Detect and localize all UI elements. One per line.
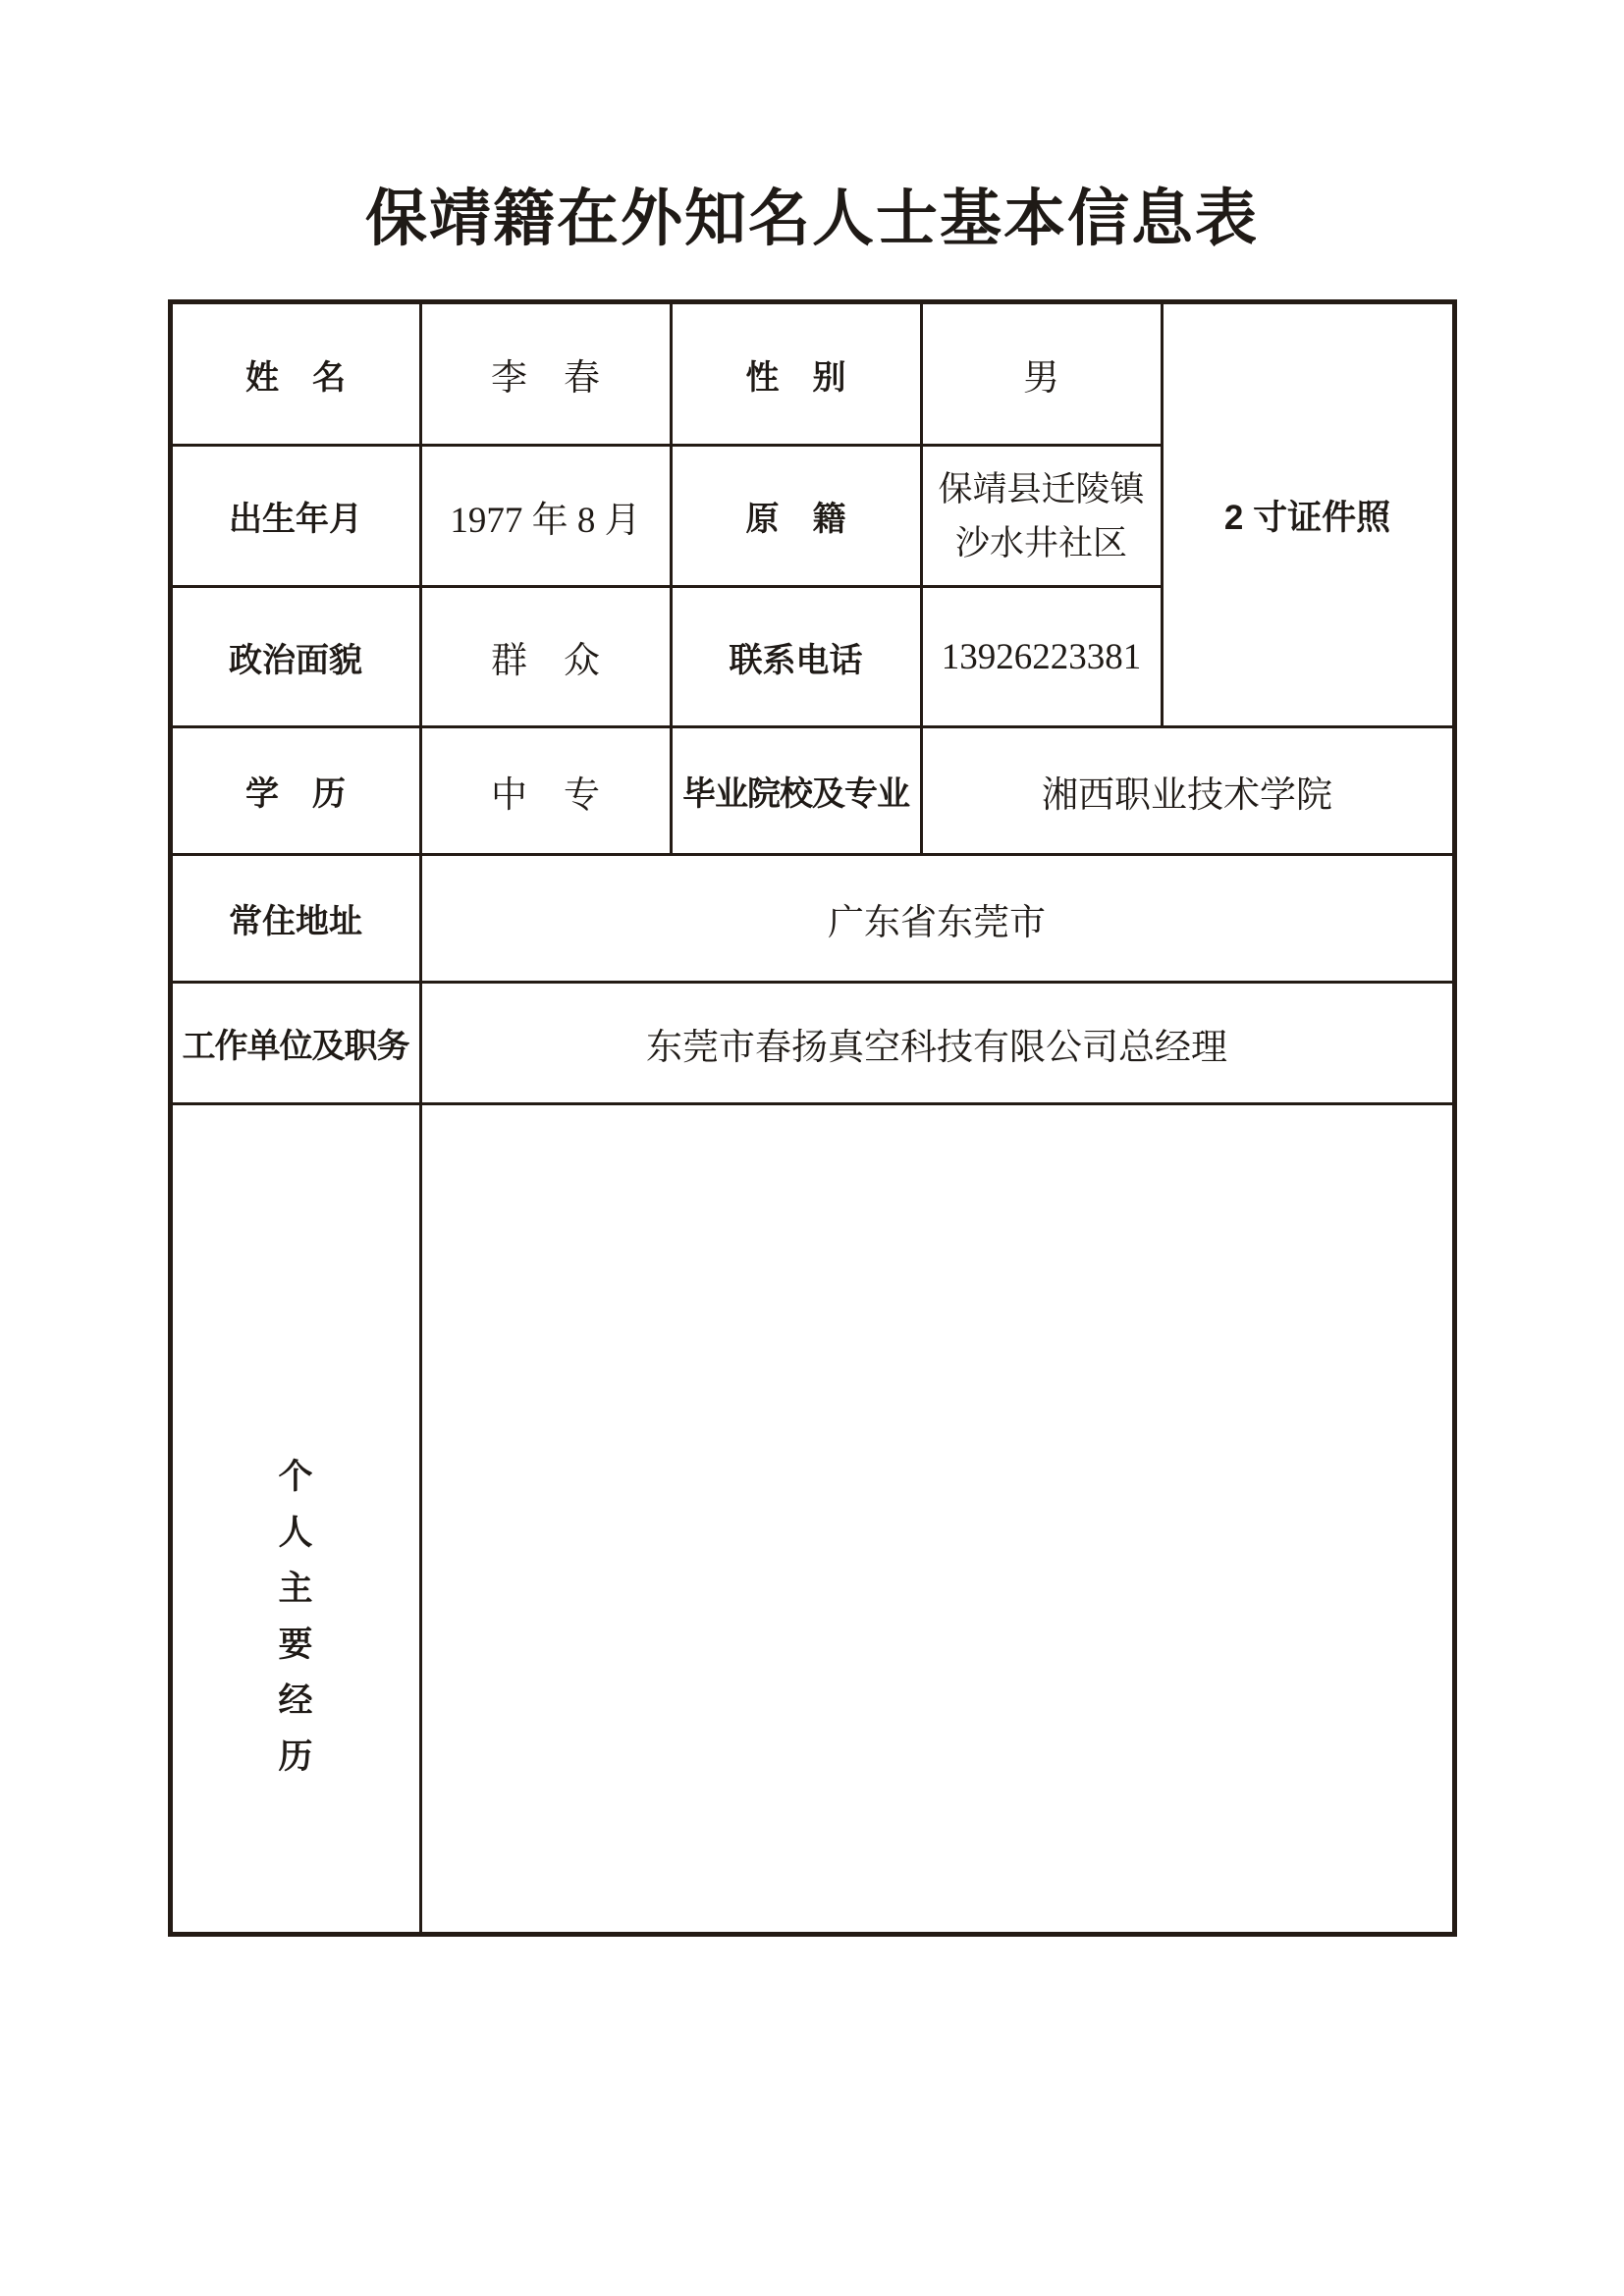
school-label-cell: 毕业院校及专业 xyxy=(671,727,921,855)
phone-label-cell: 联系电话 xyxy=(671,587,921,727)
experience-label-cell: 个 人 主 要 经 历 xyxy=(170,1104,420,1935)
address-value-cell: 广东省东莞市 xyxy=(420,855,1454,983)
row-name-gender: 姓 名 李 春 性 别 男 2 寸证件照 xyxy=(170,302,1454,446)
gender-value-cell: 男 xyxy=(921,302,1162,446)
education-label-cell: 学 历 xyxy=(170,727,420,855)
gender-label-cell: 性 别 xyxy=(671,302,921,446)
origin-value-cell: 保靖县迁陵镇 沙水井社区 xyxy=(921,446,1162,587)
row-address: 常住地址 广东省东莞市 xyxy=(170,855,1454,983)
name-label-cell: 姓 名 xyxy=(170,302,420,446)
work-label-cell: 工作单位及职务 xyxy=(170,983,420,1104)
birth-value-cell: 1977 年 8 月 xyxy=(420,446,671,587)
name-value-cell: 李 春 xyxy=(420,302,671,446)
political-value-cell: 群 众 xyxy=(420,587,671,727)
row-work: 工作单位及职务 东莞市春扬真空科技有限公司总经理 xyxy=(170,983,1454,1104)
experience-label-text: 个 人 主 要 经 历 xyxy=(179,1449,413,1785)
school-value-cell: 湘西职业技术学院 xyxy=(921,727,1454,855)
photo-placeholder-cell: 2 寸证件照 xyxy=(1162,302,1454,727)
political-label-cell: 政治面貌 xyxy=(170,587,420,727)
experience-value-cell xyxy=(420,1104,1454,1935)
birth-label-cell: 出生年月 xyxy=(170,446,420,587)
phone-value-cell: 13926223381 xyxy=(921,587,1162,727)
address-label-cell: 常住地址 xyxy=(170,855,420,983)
education-value-cell: 中 专 xyxy=(420,727,671,855)
info-table: 姓 名 李 春 性 别 男 2 寸证件照 出生年月 1977 年 8 月 原 籍… xyxy=(168,299,1457,1937)
form-title: 保靖籍在外知名人士基本信息表 xyxy=(170,183,1454,255)
document-page: 保靖籍在外知名人士基本信息表 姓 名 李 春 性 别 男 2 寸证件照 出生年月… xyxy=(0,0,1624,2296)
row-experience: 个 人 主 要 经 历 xyxy=(170,1104,1454,1935)
row-education-school: 学 历 中 专 毕业院校及专业 湘西职业技术学院 xyxy=(170,727,1454,855)
origin-label-cell: 原 籍 xyxy=(671,446,921,587)
work-value-cell: 东莞市春扬真空科技有限公司总经理 xyxy=(420,983,1454,1104)
